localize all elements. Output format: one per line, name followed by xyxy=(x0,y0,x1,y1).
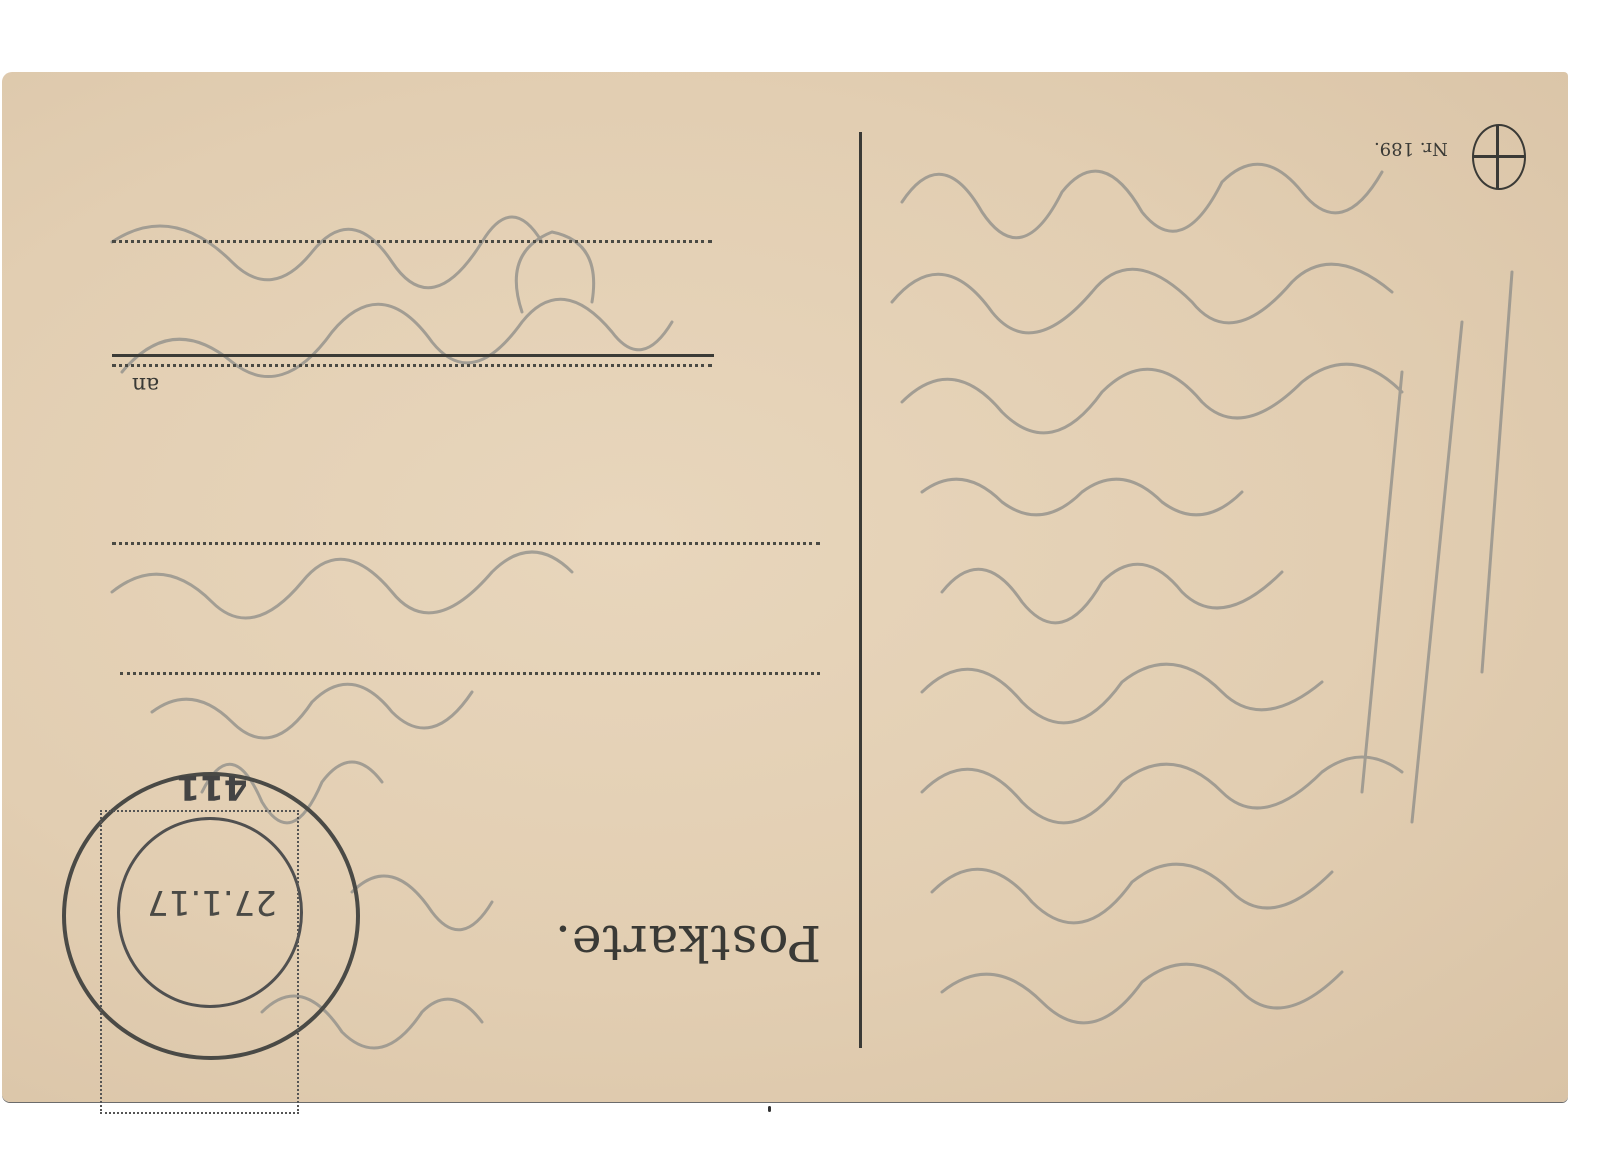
stamp-placeholder-box xyxy=(100,810,299,1114)
address-prefix: an xyxy=(132,372,159,397)
address-divider-line xyxy=(859,132,862,1048)
catalog-number: Nr. 189. xyxy=(1374,138,1448,159)
address-line-4 xyxy=(120,672,820,675)
address-line-1 xyxy=(112,240,712,243)
postmark-date: 27.1.17 xyxy=(137,882,287,922)
postmark-office-number: 411 xyxy=(162,767,262,807)
address-line-3 xyxy=(112,542,820,545)
address-line-2 xyxy=(112,354,714,357)
postcard-title: Postkarte. xyxy=(554,914,821,972)
postcard: an Postkarte. Nr. 189. 411 27.1.17 xyxy=(2,72,1568,1102)
publisher-emblem-icon xyxy=(1472,124,1526,190)
address-line-2-dots xyxy=(112,364,712,367)
scan-speck xyxy=(768,1106,771,1112)
